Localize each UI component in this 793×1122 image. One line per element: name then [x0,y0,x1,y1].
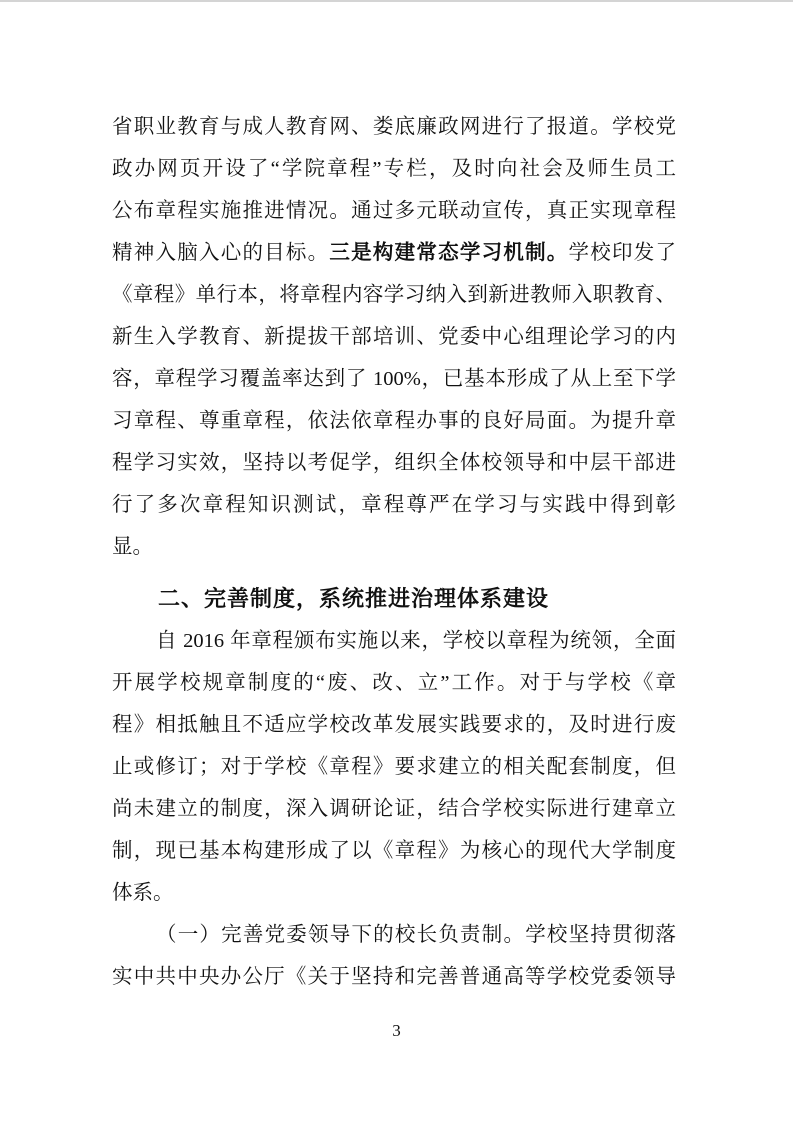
text-line: （一）完善党委领导下的校长负责制。学校坚持贯彻落 [112,914,676,956]
text-line: 行了多次章程知识测试，章程尊严在学习与实践中得到彰 [112,484,676,526]
section-heading: 二、完善制度，系统推进治理体系建设 [112,578,676,620]
subsection-title: （一）完善党委领导下的校长负责制。 [156,924,525,946]
text-line: 容，章程学习覆盖率达到了 100%，已基本形成了从上至下学 [112,358,676,400]
text-line: 《章程》单行本，将章程内容学习纳入到新进教师入职教育、 [112,274,676,316]
text-line: 精神入脑入心的目标。三是构建常态学习机制。学校印发了 [112,232,676,274]
body-text: 学校坚持贯彻落 [525,924,676,946]
text-line: 显。 [112,526,676,568]
text-line: 尚未建立的制度，深入调研论证，结合学校实际进行建章立 [112,788,676,830]
text-line: 程学习实效，坚持以考促学，组织全体校领导和中层干部进 [112,442,676,484]
text-line: 制，现已基本构建形成了以《章程》为核心的现代大学制度 [112,830,676,872]
text-line: 公布章程实施推进情况。通过多元联动宣传，真正实现章程 [112,190,676,232]
body-text: 精神入脑入心的目标。 [112,242,329,264]
text-line: 体系。 [112,872,676,914]
page-number: 3 [0,1020,793,1042]
page-top-edge-line [0,0,793,2]
body-text: 学校印发了 [569,242,676,264]
bold-phrase: 三是构建常态学习机制。 [329,242,568,264]
text-line: 自 2016 年章程颁布实施以来，学校以章程为统领，全面 [112,620,676,662]
text-line: 程》相抵触且不适应学校改革发展实践要求的，及时进行废 [112,704,676,746]
document-page: 省职业教育与成人教育网、娄底廉政网进行了报道。学校党 政办网页开设了“学院章程”… [0,0,793,1122]
text-line: 开展学校规章制度的“废、改、立”工作。对于与学校《章 [112,662,676,704]
text-line: 政办网页开设了“学院章程”专栏，及时向社会及师生员工 [112,148,676,190]
text-line: 止或修订；对于学校《章程》要求建立的相关配套制度，但 [112,746,676,788]
text-line: 习章程、尊重章程，依法依章程办事的良好局面。为提升章 [112,400,676,442]
text-line: 省职业教育与成人教育网、娄底廉政网进行了报道。学校党 [112,106,676,148]
text-line: 新生入学教育、新提拔干部培训、党委中心组理论学习的内 [112,316,676,358]
text-line: 实中共中央办公厅《关于坚持和完善普通高等学校党委领导 [112,956,676,998]
document-body: 省职业教育与成人教育网、娄底廉政网进行了报道。学校党 政办网页开设了“学院章程”… [112,106,676,998]
